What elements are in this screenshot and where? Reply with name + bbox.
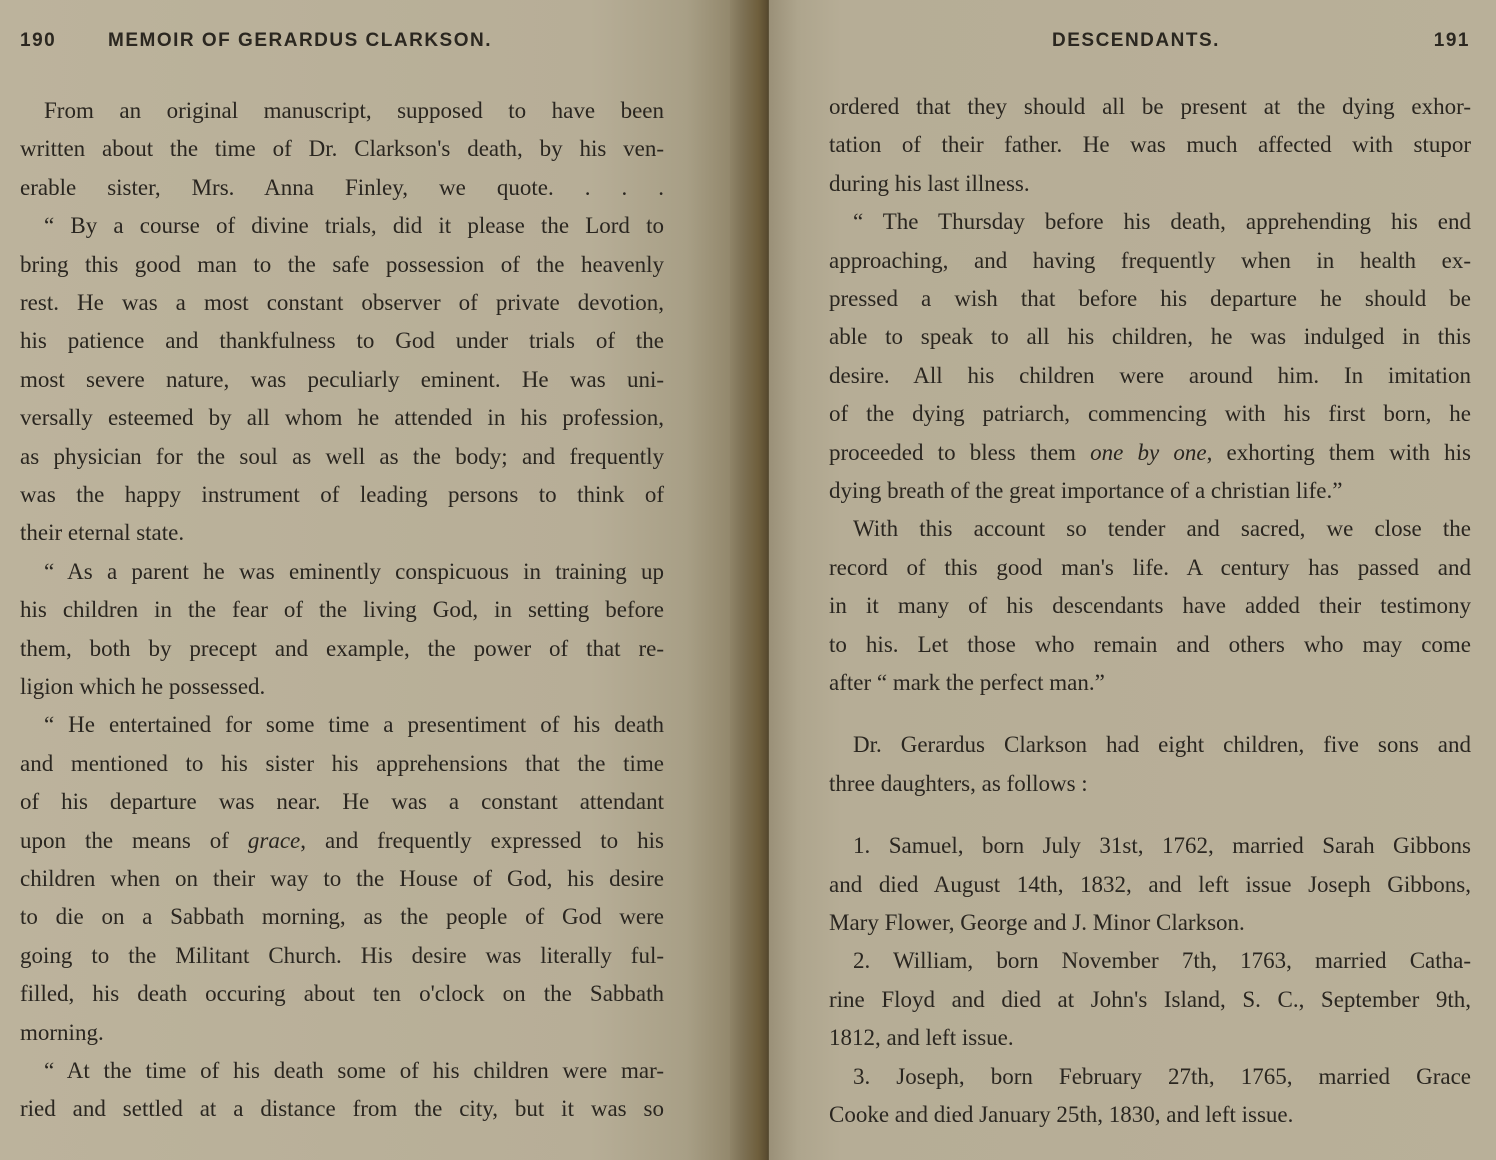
text-line: rest. He was a most constant observer of… [20,288,664,318]
text-line: Cooke and died January 25th, 1830, and l… [829,1100,1471,1130]
text-line: Mary Flower, George and J. Minor Clarkso… [829,908,1471,938]
running-head-right: DESCENDANTS. [1052,30,1220,52]
text-line: his children in the fear of the living G… [20,595,664,625]
text-line: proceeded to bless them one by one, exho… [829,438,1471,468]
text-line: filled, his death occuring about ten o'c… [20,979,664,1009]
text-line: 2. William, born November 7th, 1763, mar… [853,946,1471,976]
text-line: children when on their way to the House … [20,864,664,894]
text-line: versally esteemed by all whom he attende… [20,403,664,433]
text-line: “ He entertained for some time a present… [44,710,664,740]
text-line: tation of their father. He was much affe… [829,130,1471,160]
text-line: dying breath of the great importance of … [829,476,1471,506]
text-line: going to the Militant Church. His desire… [20,941,664,971]
text-line: From an original manuscript, supposed to… [44,96,664,126]
text-line: during his last illness. [829,169,1471,199]
book-spread: 190 MEMOIR OF GERARDUS CLARKSON. From an… [0,0,1496,1160]
right-page: DESCENDANTS. 191 ordered that they shoul… [768,0,1496,1160]
text-line: record of this good man's life. A centur… [829,553,1471,583]
text-segment: proceeded to bless them [829,440,1090,465]
text-line: after “ mark the perfect man.” [829,668,1471,698]
text-line: and mentioned to his sister his apprehen… [20,749,664,779]
text-line: most severe nature, was peculiarly emine… [20,365,664,395]
text-line: morning. [20,1018,664,1048]
text-line: rine Floyd and died at John's Island, S.… [829,985,1471,1015]
text-line: written about the time of Dr. Clarkson's… [20,134,664,164]
text-segment: , and frequently expressed to his [300,828,664,853]
text-line: three daughters, as follows : [829,769,1471,799]
text-line: and died August 14th, 1832, and left iss… [829,870,1471,900]
text-line: was the happy instrument of leading pers… [20,480,664,510]
book-gutter [730,0,770,1160]
text-line: of the dying patriarch, commencing with … [829,399,1471,429]
text-line: ordered that they should all be present … [829,92,1471,122]
text-line: “ At the time of his death some of his c… [44,1056,664,1086]
text-line: to his. Let those who remain and others … [829,630,1471,660]
text-line: as physician for the soul as well as the… [20,442,664,472]
text-line: 3. Joseph, born February 27th, 1765, mar… [853,1062,1471,1092]
page-number-left: 190 [20,30,56,52]
text-line: Dr. Gerardus Clarkson had eight children… [853,730,1471,760]
text-line: their eternal state. [20,518,664,548]
text-line: in it many of his descendants have added… [829,591,1471,621]
text-line: 1. Samuel, born July 31st, 1762, married… [853,831,1471,861]
text-segment: , exhorting them with his [1207,440,1471,465]
text-segment: upon the means of [20,828,248,853]
text-line: upon the means of grace, and frequently … [20,826,664,856]
text-line: to die on a Sabbath morning, as the peop… [20,902,664,932]
left-page: 190 MEMOIR OF GERARDUS CLARKSON. From an… [0,0,738,1160]
text-line: bring this good man to the safe possessi… [20,250,664,280]
text-line: ried and settled at a distance from the … [20,1094,664,1124]
text-line: 1812, and left issue. [829,1023,1471,1053]
italic-text: grace [248,828,300,853]
text-line: pressed a wish that before his departure… [829,284,1471,314]
text-line: desire. All his children were around him… [829,361,1471,391]
text-line: them, both by precept and example, the p… [20,634,664,664]
text-line: approaching, and having frequently when … [829,246,1471,276]
text-line: With this account so tender and sacred, … [853,514,1471,544]
running-head-left: MEMOIR OF GERARDUS CLARKSON. [108,30,492,52]
text-line: of his departure was near. He was a cons… [20,787,664,817]
text-line: erable sister, Mrs. Anna Finley, we quot… [20,173,664,203]
text-line: “ As a parent he was eminently conspicuo… [44,557,664,587]
text-line: “ By a course of divine trials, did it p… [44,211,664,241]
text-line: his patience and thankfulness to God und… [20,326,664,356]
page-number-right: 191 [1434,30,1470,52]
italic-text: one by one [1090,440,1207,465]
text-line: able to speak to all his children, he wa… [829,322,1471,352]
text-line: ligion which he possessed. [20,672,664,702]
text-line: “ The Thursday before his death, apprehe… [853,207,1471,237]
